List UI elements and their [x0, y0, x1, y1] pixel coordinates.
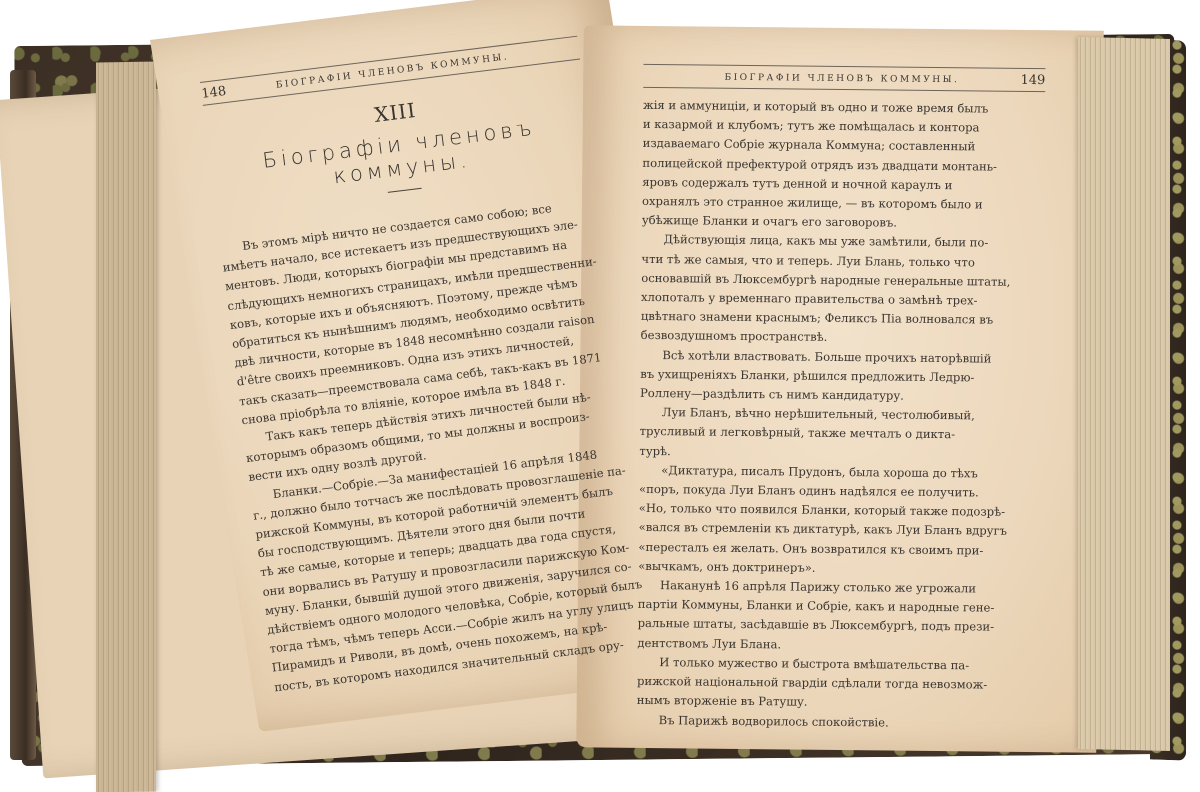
right-running-head: БІОГРАФІИ ЧЛЕНОВЪ КОММУНЫ.	[724, 72, 959, 84]
title-rule	[388, 188, 422, 193]
left-body-text: Въ этомъ мірѣ ничто не создается само со…	[219, 194, 652, 698]
left-page-content: 148 БІОГРАФІИ ЧЛЕНОВЪ КОММУНЫ. XIII Біог…	[200, 36, 653, 698]
right-page-number: 149	[1020, 73, 1045, 88]
left-page-number: 148	[201, 84, 227, 102]
right-page-content: БІОГРАФІИ ЧЛЕНОВЪ КОММУНЫ. 149 жія и амм…	[637, 64, 1046, 734]
right-body-text: жія и аммуниціи, и который въ одно и тож…	[637, 96, 1046, 734]
left-page-edges	[96, 61, 156, 792]
right-page-edges	[1078, 37, 1170, 751]
